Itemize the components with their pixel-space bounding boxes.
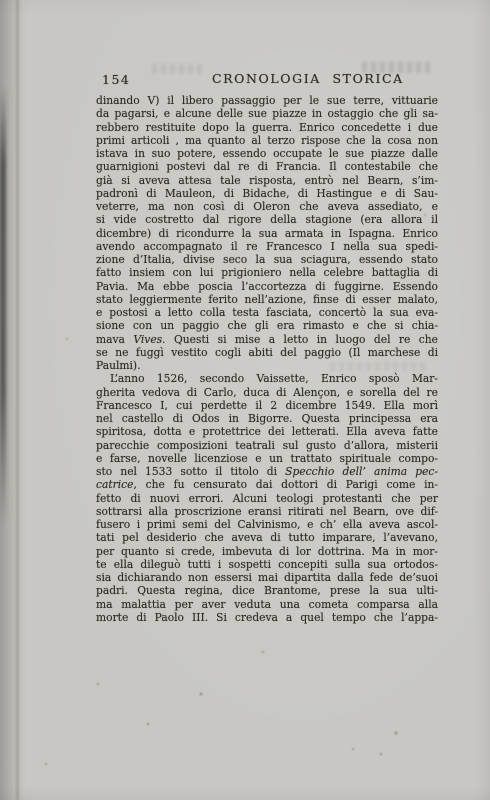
text-line: sia dichiarando non essersi mai dipartit… [96,571,438,584]
text-line: e farse, novelle licenziose e un trattat… [96,452,438,465]
text-line: se ne fuggì vestito cogli abiti del pagg… [96,346,438,359]
text-line: già si aveva attesa tale risposta, entrò… [96,174,438,187]
text-line: guarnigioni postevi dal re di Francia. I… [96,160,438,173]
text-segment: se ne fuggì vestito cogli abiti del pagg… [96,346,438,359]
text-segment: nel castello di Odos in Bigorre. Questa … [96,412,438,425]
text-line: stato leggiermente ferito nell’azione, f… [96,293,438,306]
running-head-title: CRONOLOGIA STORICA [212,71,404,86]
text-segment: fatto insiem con lui prigioniero nella c… [96,266,438,279]
text-segment: sto nel 1533 sotto il titolo di [96,465,285,478]
text-line: fetto di nuovi errori. Alcuni teologi pr… [96,492,438,505]
text-line: Francesco I, cui perdette il 2 dicembre … [96,399,438,412]
paper-crease [15,0,20,800]
text-segment: L’anno 1526, secondo Vaissette, Enrico s… [110,372,438,385]
text-line: fusero i primi semi del Calvinismo, e ch… [96,518,438,531]
text-line: mava Vives. Questi si mise a letto in lu… [96,333,438,346]
text-segment: istava in suo potere, essendo occupate l… [96,147,438,160]
text-segment: stato leggiermente ferito nell’azione, f… [96,293,438,306]
text-line: catrice, che fu censurato dai dottori di… [96,478,438,491]
spine-shadow [0,86,6,526]
text-segment: dicembre) di ricondurre la sua armata in… [96,227,438,240]
text-line: padri. Questa regina, dice Brantome, pre… [96,584,438,597]
text-line: padronì di Mauleon, di Bidache, di Hasti… [96,187,438,200]
italic-text-segment: catrice [96,478,134,491]
text-segment: Paulmi). [96,359,141,372]
text-line: da pagarsi, e alcune delle sue piazze in… [96,107,438,120]
text-segment: ma malattia per aver veduta una cometa c… [96,598,438,611]
text-segment: padronì di Mauleon, di Bidache, di Hasti… [96,187,438,200]
body-text: dinando V) il libero passaggio per le su… [96,94,438,624]
text-segment: , che fu censurato dai dottori di Parigi… [134,478,439,491]
text-line: Paulmi). [96,359,438,372]
text-segment: per quanto si crede, imbevuta di lor dot… [96,545,438,558]
text-segment: primi articoli , ma quanto al terzo risp… [96,134,438,147]
scanned-book-page: 154 CRONOLOGIA STORICA dinando V) il lib… [0,0,490,800]
text-segment: e postosi a letto colla testa fasciata, … [96,306,438,319]
text-line: ma malattia per aver veduta una cometa c… [96,598,438,611]
paper-specks [0,0,2,2]
text-line: sto nel 1533 sotto il titolo di Specchio… [96,465,438,478]
italic-text-segment: Vives [133,333,162,346]
text-line: istava in suo potere, essendo occupate l… [96,147,438,160]
text-line: dicembre) di ricondurre la sua armata in… [96,227,438,240]
text-line: primi articoli , ma quanto al terzo risp… [96,134,438,147]
text-segment: sottrarsi alla proscrizione eransi ritir… [96,505,438,518]
text-segment: Francesco I, cui perdette il 2 dicembre … [96,399,438,412]
text-segment: sia dichiarando non essersi mai dipartit… [96,571,438,584]
text-line: sione con un paggio che gli era rimasto … [96,319,438,332]
text-line: avendo accompagnato il re Francesco I ne… [96,240,438,253]
page-header: 154 CRONOLOGIA STORICA [96,71,438,87]
text-segment: zione d’Italia, divise seco la sua sciag… [96,253,438,266]
text-line: parecchie composizioni teatrali sul gust… [96,439,438,452]
text-segment: e farse, novelle licenziose e un trattat… [96,452,438,465]
text-segment: dinando V) il libero passaggio per le su… [96,94,438,107]
text-segment: rebbero restituite dopo la guerra. Enric… [96,121,438,134]
text-line: veterre, ma non così di Oleron che aveva… [96,200,438,213]
text-line: nel castello di Odos in Bigorre. Questa … [96,412,438,425]
text-segment: avendo accompagnato il re Francesco I ne… [96,240,438,253]
text-segment: mava [96,333,133,346]
text-line: fatto insiem con lui prigioniero nella c… [96,266,438,279]
text-line: morte di Paolo III. Si credeva a quel te… [96,611,438,624]
text-segment: già si aveva attesa tale risposta, entrò… [96,174,438,187]
text-segment: fetto di nuovi errori. Alcuni teologi pr… [96,492,438,505]
text-line: Pavia. Ma ebbe poscia l’accortezza di fu… [96,280,438,293]
text-segment: . Questi si mise a letto in luogo del re… [162,333,438,346]
text-line: spiritosa, dotta e protettrice dei lette… [96,425,438,438]
text-segment: padri. Questa regina, dice Brantome, pre… [96,584,438,597]
text-segment: te ella dileguò tutti i sospetti concepi… [96,558,438,571]
text-segment: tati pel desiderio che aveva di tutto im… [96,531,438,544]
text-segment: fusero i primi semi del Calvinismo, e ch… [96,518,438,531]
text-line: dinando V) il libero passaggio per le su… [96,94,438,107]
text-line: e postosi a letto colla testa fasciata, … [96,306,438,319]
text-line: gherita vedova di Carlo, duca di Alençon… [96,386,438,399]
text-segment: guarnigioni postevi dal re di Francia. I… [96,160,438,173]
text-segment: spiritosa, dotta e protettrice dei lette… [96,425,438,438]
text-segment: da pagarsi, e alcune delle sue piazze in… [96,107,438,120]
text-line: sottrarsi alla proscrizione eransi ritir… [96,505,438,518]
text-line: rebbero restituite dopo la guerra. Enric… [96,121,438,134]
text-line: zione d’Italia, divise seco la sua sciag… [96,253,438,266]
text-segment: gherita vedova di Carlo, duca di Alençon… [96,386,438,399]
italic-text-segment: Specchio dell’ anima pec- [285,465,438,478]
text-segment: veterre, ma non così di Oleron che aveva… [96,200,438,213]
text-segment: morte di Paolo III. Si credeva a quel te… [96,611,438,624]
text-segment: parecchie composizioni teatrali sul gust… [96,439,438,452]
text-line: tati pel desiderio che aveva di tutto im… [96,531,438,544]
text-line: per quanto si crede, imbevuta di lor dot… [96,545,438,558]
text-segment: sione con un paggio che gli era rimasto … [96,319,438,332]
text-line: si vide costretto dal rigore della stagi… [96,213,438,226]
text-segment: si vide costretto dal rigore della stagi… [96,213,438,226]
text-line: L’anno 1526, secondo Vaissette, Enrico s… [96,372,438,385]
text-line: te ella dileguò tutti i sospetti concepi… [96,558,438,571]
text-segment: Pavia. Ma ebbe poscia l’accortezza di fu… [96,280,438,293]
page-number: 154 [102,72,130,87]
